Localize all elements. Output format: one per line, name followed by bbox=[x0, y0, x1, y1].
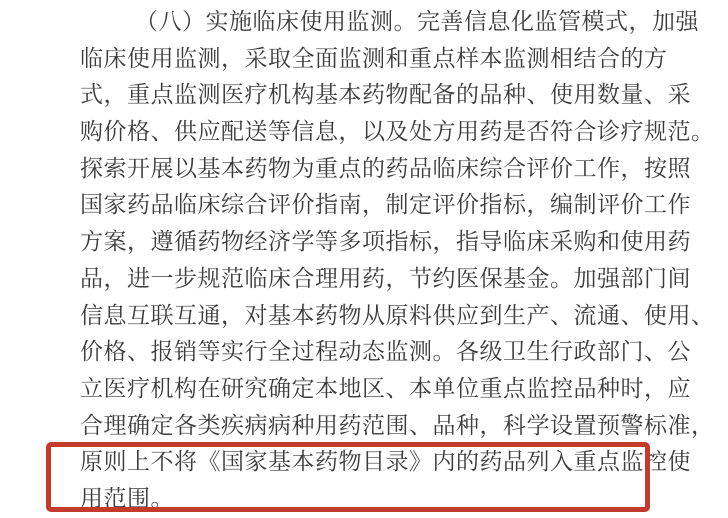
text-line: 临床使用监测，采取全面监测和重点样本监测相结合的方 bbox=[80, 41, 704, 78]
text-line: 购价格、供应配送等信息，以及处方用药是否符合诊疗规范。 bbox=[80, 114, 704, 151]
text-line: 价格、报销等实行全过程动态监测。各级卫生行政部门、公 bbox=[80, 334, 704, 371]
text-line: 合理确定各类疾病病种用药范围、品种，科学设置预警标准， bbox=[80, 408, 704, 445]
text-line: 品，进一步规范临床合理用药，节约医保基金。加强部门间 bbox=[80, 261, 704, 298]
text-line: 原则上不将《国家基本药物目录》内的药品列入重点监控使 bbox=[80, 444, 704, 481]
text-line: 信息互联互通，对基本药物从原料供应到生产、流通、使用、 bbox=[80, 298, 704, 335]
text-line: （八）实施临床使用监测。完善信息化监管模式，加强 bbox=[80, 4, 704, 41]
text-line: 用范围。 bbox=[80, 481, 704, 518]
document-page: （八）实施临床使用监测。完善信息化监管模式，加强 临床使用监测，采取全面监测和重… bbox=[0, 0, 728, 518]
paragraph: （八）实施临床使用监测。完善信息化监管模式，加强 临床使用监测，采取全面监测和重… bbox=[80, 4, 704, 518]
text-line: 式，重点监测医疗机构基本药物配备的品种、使用数量、采 bbox=[80, 77, 704, 114]
text-line: 立医疗机构在研究确定本地区、本单位重点监控品种时，应 bbox=[80, 371, 704, 408]
text-line: 国家药品临床综合评价指南，制定评价指标，编制评价工作 bbox=[80, 187, 704, 224]
text-line: 方案，遵循药物经济学等多项指标，指导临床采购和使用药 bbox=[80, 224, 704, 261]
text-line: 探索开展以基本药物为重点的药品临床综合评价工作，按照 bbox=[80, 151, 704, 188]
